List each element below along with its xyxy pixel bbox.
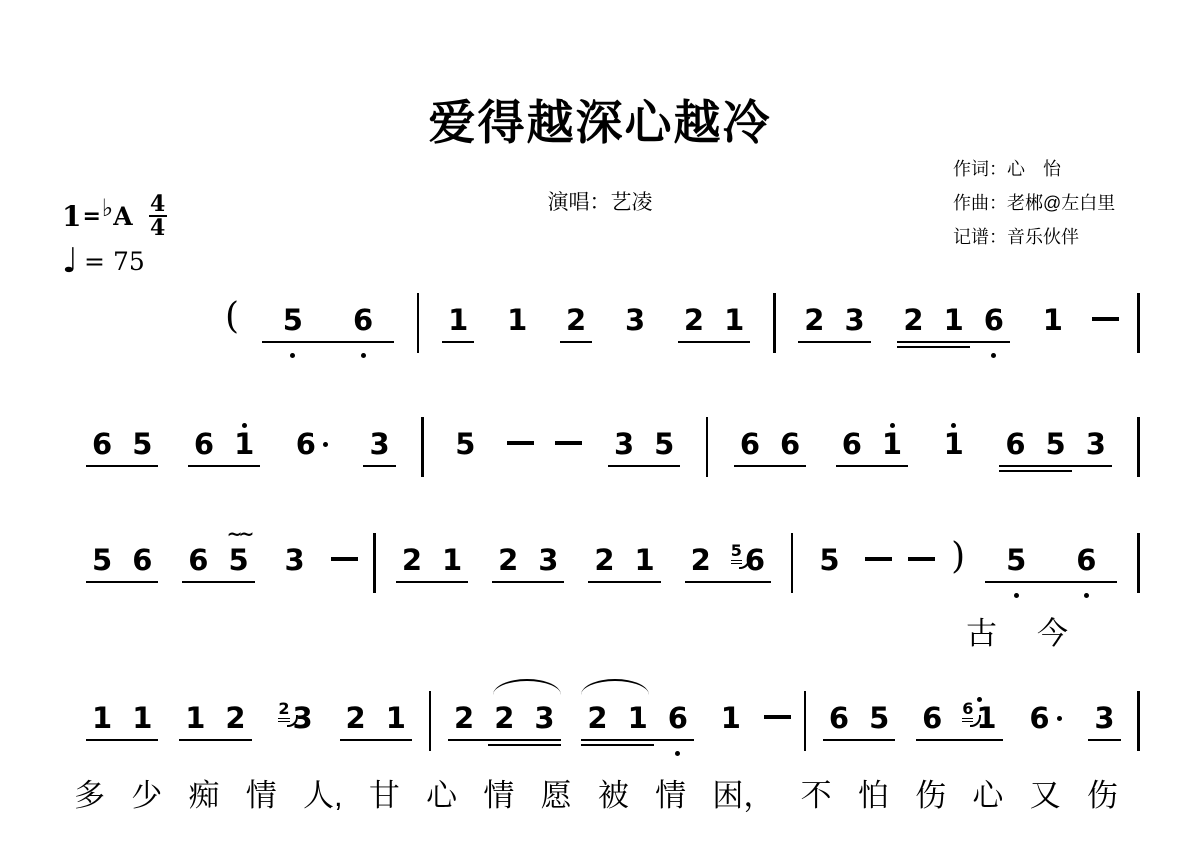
beam xyxy=(916,739,1003,742)
note: 1 xyxy=(438,302,478,338)
note: 6 xyxy=(974,302,1014,338)
note: 3 xyxy=(524,700,564,736)
note: 6 xyxy=(122,542,162,578)
note: 2 xyxy=(488,542,528,578)
note: 2 xyxy=(484,700,524,736)
note: 6 xyxy=(658,700,698,736)
key-signature-block: 1 = ♭ A 4 4 ♩ = 75 xyxy=(62,196,167,276)
grace-note: 6 xyxy=(962,701,973,722)
note-group: 216 xyxy=(893,302,1014,338)
sheet-music-page: 爱得越深心越冷 演唱：艺凌 作词：心 怡 作曲：老郴@左白里 记谱：音乐伙伴 1… xyxy=(0,0,1200,850)
lyric-syllable: 伤 xyxy=(915,770,946,815)
note: 5 xyxy=(122,426,162,462)
note-group: 65~~ xyxy=(178,542,258,578)
tempo-value: = 75 xyxy=(84,247,145,276)
beam xyxy=(179,739,251,742)
lyric-syllable: 心 xyxy=(972,770,1003,815)
duration-dash xyxy=(908,557,935,561)
lyric-syllable: 被 xyxy=(598,770,629,815)
note-group: 661 xyxy=(912,700,1007,736)
beam xyxy=(999,465,1112,468)
equals-sign: = xyxy=(82,204,100,229)
beam xyxy=(86,465,158,468)
beam-second xyxy=(999,470,1071,473)
octave-dot-high xyxy=(951,423,956,428)
note: 1 xyxy=(1033,302,1073,338)
lyric-syllable: 人, xyxy=(303,770,343,815)
note-group: 56 xyxy=(82,542,162,578)
note: 5~~ xyxy=(218,542,258,578)
note-group: 21 xyxy=(584,542,664,578)
note: 5 xyxy=(859,700,899,736)
octave-dot-low xyxy=(1084,593,1089,598)
duration-dash xyxy=(331,557,358,561)
lyric-syllable: 愿 xyxy=(541,770,572,815)
beam xyxy=(363,465,395,468)
note: 3 xyxy=(615,302,655,338)
note-group: 21 xyxy=(336,700,416,736)
barline xyxy=(1137,293,1140,353)
note: 3 xyxy=(275,542,315,578)
beam xyxy=(836,465,908,468)
note-group: 61 xyxy=(184,426,264,462)
beam xyxy=(823,739,895,742)
note: 6 xyxy=(1051,542,1121,578)
note: 1 xyxy=(625,542,665,578)
slur xyxy=(493,679,561,695)
beam xyxy=(581,739,694,742)
note: 2 xyxy=(392,542,432,578)
note: 1 xyxy=(934,426,974,462)
credit-composer: 作曲：老郴@左白里 xyxy=(953,186,1115,220)
key-letter: A xyxy=(113,202,132,231)
flat-icon: ♭ xyxy=(102,194,113,222)
note: 61 xyxy=(952,700,1006,736)
beam xyxy=(492,581,564,584)
note: 6 xyxy=(82,426,122,462)
note-group: 3 xyxy=(359,426,399,462)
beam xyxy=(1088,739,1120,742)
note-group: 12 xyxy=(175,700,255,736)
beam xyxy=(340,739,412,742)
note: 56 xyxy=(721,542,775,578)
note: 1 xyxy=(711,700,751,736)
key-signature: 1 = ♭ A 4 4 xyxy=(62,196,167,236)
barline xyxy=(773,293,776,353)
note: 5 xyxy=(1036,426,1076,462)
note: 2 xyxy=(681,542,721,578)
beam xyxy=(86,581,158,584)
note: 3 xyxy=(834,302,874,338)
note-group: 35 xyxy=(604,426,684,462)
octave-dot-low xyxy=(361,353,366,358)
note: 1 xyxy=(82,700,122,736)
beam xyxy=(396,581,468,584)
note-group: 65 xyxy=(82,426,162,462)
note: 1 xyxy=(122,700,162,736)
note: 5 xyxy=(82,542,122,578)
duration-dash xyxy=(507,441,534,445)
lyric-syllable: 古 xyxy=(966,608,997,653)
octave-dot-low xyxy=(675,751,680,756)
barline xyxy=(421,417,424,477)
beam xyxy=(685,581,772,584)
note: 1 xyxy=(376,700,416,736)
lyric-syllable: 困， xyxy=(712,770,774,815)
barline xyxy=(429,691,432,751)
note: 23 xyxy=(268,700,322,736)
time-signature: 4 4 xyxy=(149,194,167,238)
lyric-syllable: 情 xyxy=(246,770,277,815)
note-group: 2 xyxy=(556,302,596,338)
note: 1 xyxy=(497,302,537,338)
note: 6 xyxy=(912,700,952,736)
beam xyxy=(678,341,750,344)
note: 2 xyxy=(577,700,617,736)
note: 1 xyxy=(872,426,912,462)
tempo-marking: ♩ = 75 xyxy=(62,246,167,276)
beam xyxy=(188,465,260,468)
note: 6 xyxy=(770,426,810,462)
lyric-syllable: 心 xyxy=(426,770,457,815)
note: 2 xyxy=(444,700,484,736)
beam-second xyxy=(897,346,969,349)
beam xyxy=(734,465,806,468)
note-group: 3 xyxy=(1084,700,1124,736)
score-line-2: 65616353566611653 xyxy=(82,426,1140,477)
lyric-syllable: 今 xyxy=(1037,608,1068,653)
barline xyxy=(1137,691,1140,751)
note-group: 21 xyxy=(674,302,754,338)
credits-block: 作词：心 怡 作曲：老郴@左白里 记谱：音乐伙伴 xyxy=(953,152,1115,254)
note: 6 xyxy=(832,426,872,462)
duration-dash xyxy=(865,557,892,561)
note: 2 xyxy=(794,302,834,338)
note: 6 xyxy=(730,426,770,462)
note: 1 xyxy=(432,542,472,578)
note: 6 xyxy=(1019,700,1071,736)
barline xyxy=(804,691,807,751)
note-group: 56 xyxy=(981,542,1121,578)
note: 5 xyxy=(258,302,328,338)
beam-second xyxy=(581,744,653,747)
barline xyxy=(1137,533,1140,593)
duration-dash xyxy=(1092,317,1119,321)
beam xyxy=(442,341,474,344)
note-group: 23 xyxy=(794,302,874,338)
note-group: 23 xyxy=(488,542,568,578)
note: 3 xyxy=(604,426,644,462)
note: 5 xyxy=(981,542,1051,578)
score-line-1: (56112321232161 xyxy=(225,302,1140,353)
lyric-syllable: 多 xyxy=(74,770,105,815)
lyric-syllable: 痴 xyxy=(189,770,220,815)
song-title: 爱得越深心越冷 xyxy=(0,86,1200,153)
parenthesis: ( xyxy=(225,299,239,335)
barline xyxy=(791,533,794,593)
quarter-note-icon: ♩ xyxy=(62,246,78,276)
tonic: 1 xyxy=(62,200,81,233)
note-group: 216 xyxy=(577,700,698,736)
lyric-syllable: 情 xyxy=(483,770,514,815)
note: 5 xyxy=(809,542,849,578)
beam xyxy=(798,341,870,344)
note: 3 xyxy=(528,542,568,578)
note: 1 xyxy=(618,700,658,736)
beam xyxy=(897,341,1010,344)
note: 6 xyxy=(286,426,338,462)
note: 6 xyxy=(328,302,398,338)
beam xyxy=(588,581,660,584)
note: 2 xyxy=(556,302,596,338)
note-group: 653 xyxy=(995,426,1116,462)
note: 1 xyxy=(175,700,215,736)
note: 5 xyxy=(644,426,684,462)
note-group: 66 xyxy=(730,426,810,462)
mordent-icon: ~~ xyxy=(227,525,251,544)
parenthesis: ) xyxy=(951,539,965,575)
augmentation-dot xyxy=(1057,716,1062,721)
note: 5 xyxy=(445,426,485,462)
note: 1 xyxy=(934,302,974,338)
beam xyxy=(985,581,1117,584)
score-line-4: 1112232122321616566163 xyxy=(82,700,1140,751)
note: 6 xyxy=(995,426,1035,462)
barline xyxy=(1137,417,1140,477)
note: 2 xyxy=(215,700,255,736)
note: 2 xyxy=(893,302,933,338)
note: 6 xyxy=(178,542,218,578)
lyrics-row-verse: 多少痴情人,甘心情愿被情困，不怕伤心又伤 xyxy=(74,770,1118,815)
lyric-syllable: 少 xyxy=(131,770,162,815)
barline xyxy=(417,293,420,353)
note: 2 xyxy=(584,542,624,578)
lyric-syllable: 怕 xyxy=(858,770,889,815)
note: 1 xyxy=(714,302,754,338)
note: 6 xyxy=(819,700,859,736)
beam xyxy=(182,581,254,584)
note: 3 xyxy=(1084,700,1124,736)
note-group: 56 xyxy=(258,302,398,338)
note-group: 223 xyxy=(444,700,565,736)
octave-dot-low xyxy=(1014,593,1019,598)
beam-second xyxy=(488,744,560,747)
beam xyxy=(560,341,592,344)
note-group: 11 xyxy=(82,700,162,736)
slur xyxy=(581,679,649,695)
beam xyxy=(608,465,680,468)
octave-dot-high xyxy=(977,697,982,702)
note-group: 65 xyxy=(819,700,899,736)
octave-dot-low xyxy=(991,353,996,358)
augmentation-dot xyxy=(323,442,328,447)
beam xyxy=(262,341,394,344)
score-line-3: 5665~~32123212565)56 xyxy=(82,542,1140,593)
octave-dot-high xyxy=(242,423,247,428)
meter-denominator: 4 xyxy=(150,218,165,238)
note: 6 xyxy=(184,426,224,462)
beam xyxy=(448,739,561,742)
grace-note: 2 xyxy=(278,701,289,722)
note: 3 xyxy=(359,426,399,462)
beam xyxy=(86,739,158,742)
note: 1 xyxy=(224,426,264,462)
barline xyxy=(706,417,709,477)
duration-dash xyxy=(764,715,791,719)
note-group: 61 xyxy=(832,426,912,462)
lyric-syllable: 不 xyxy=(801,770,832,815)
credit-lyricist: 作词：心 怡 xyxy=(953,152,1115,186)
duration-dash xyxy=(555,441,582,445)
lyric-syllable: 伤 xyxy=(1087,770,1118,815)
lyrics-row-pickup: 古今 xyxy=(966,608,1068,653)
note-group: 256 xyxy=(681,542,776,578)
lyric-syllable: 又 xyxy=(1030,770,1061,815)
lyric-syllable: 甘 xyxy=(369,770,400,815)
note: 2 xyxy=(336,700,376,736)
note: 3 xyxy=(1076,426,1116,462)
note-group: 1 xyxy=(438,302,478,338)
octave-dot-low xyxy=(290,353,295,358)
grace-note: 5 xyxy=(731,543,742,564)
note-group: 21 xyxy=(392,542,472,578)
barline xyxy=(373,533,376,593)
credit-transcriber: 记谱：音乐伙伴 xyxy=(953,220,1115,254)
octave-dot-high xyxy=(890,423,895,428)
lyric-syllable: 情 xyxy=(655,770,686,815)
meter-numerator: 4 xyxy=(150,194,165,214)
note: 2 xyxy=(674,302,714,338)
